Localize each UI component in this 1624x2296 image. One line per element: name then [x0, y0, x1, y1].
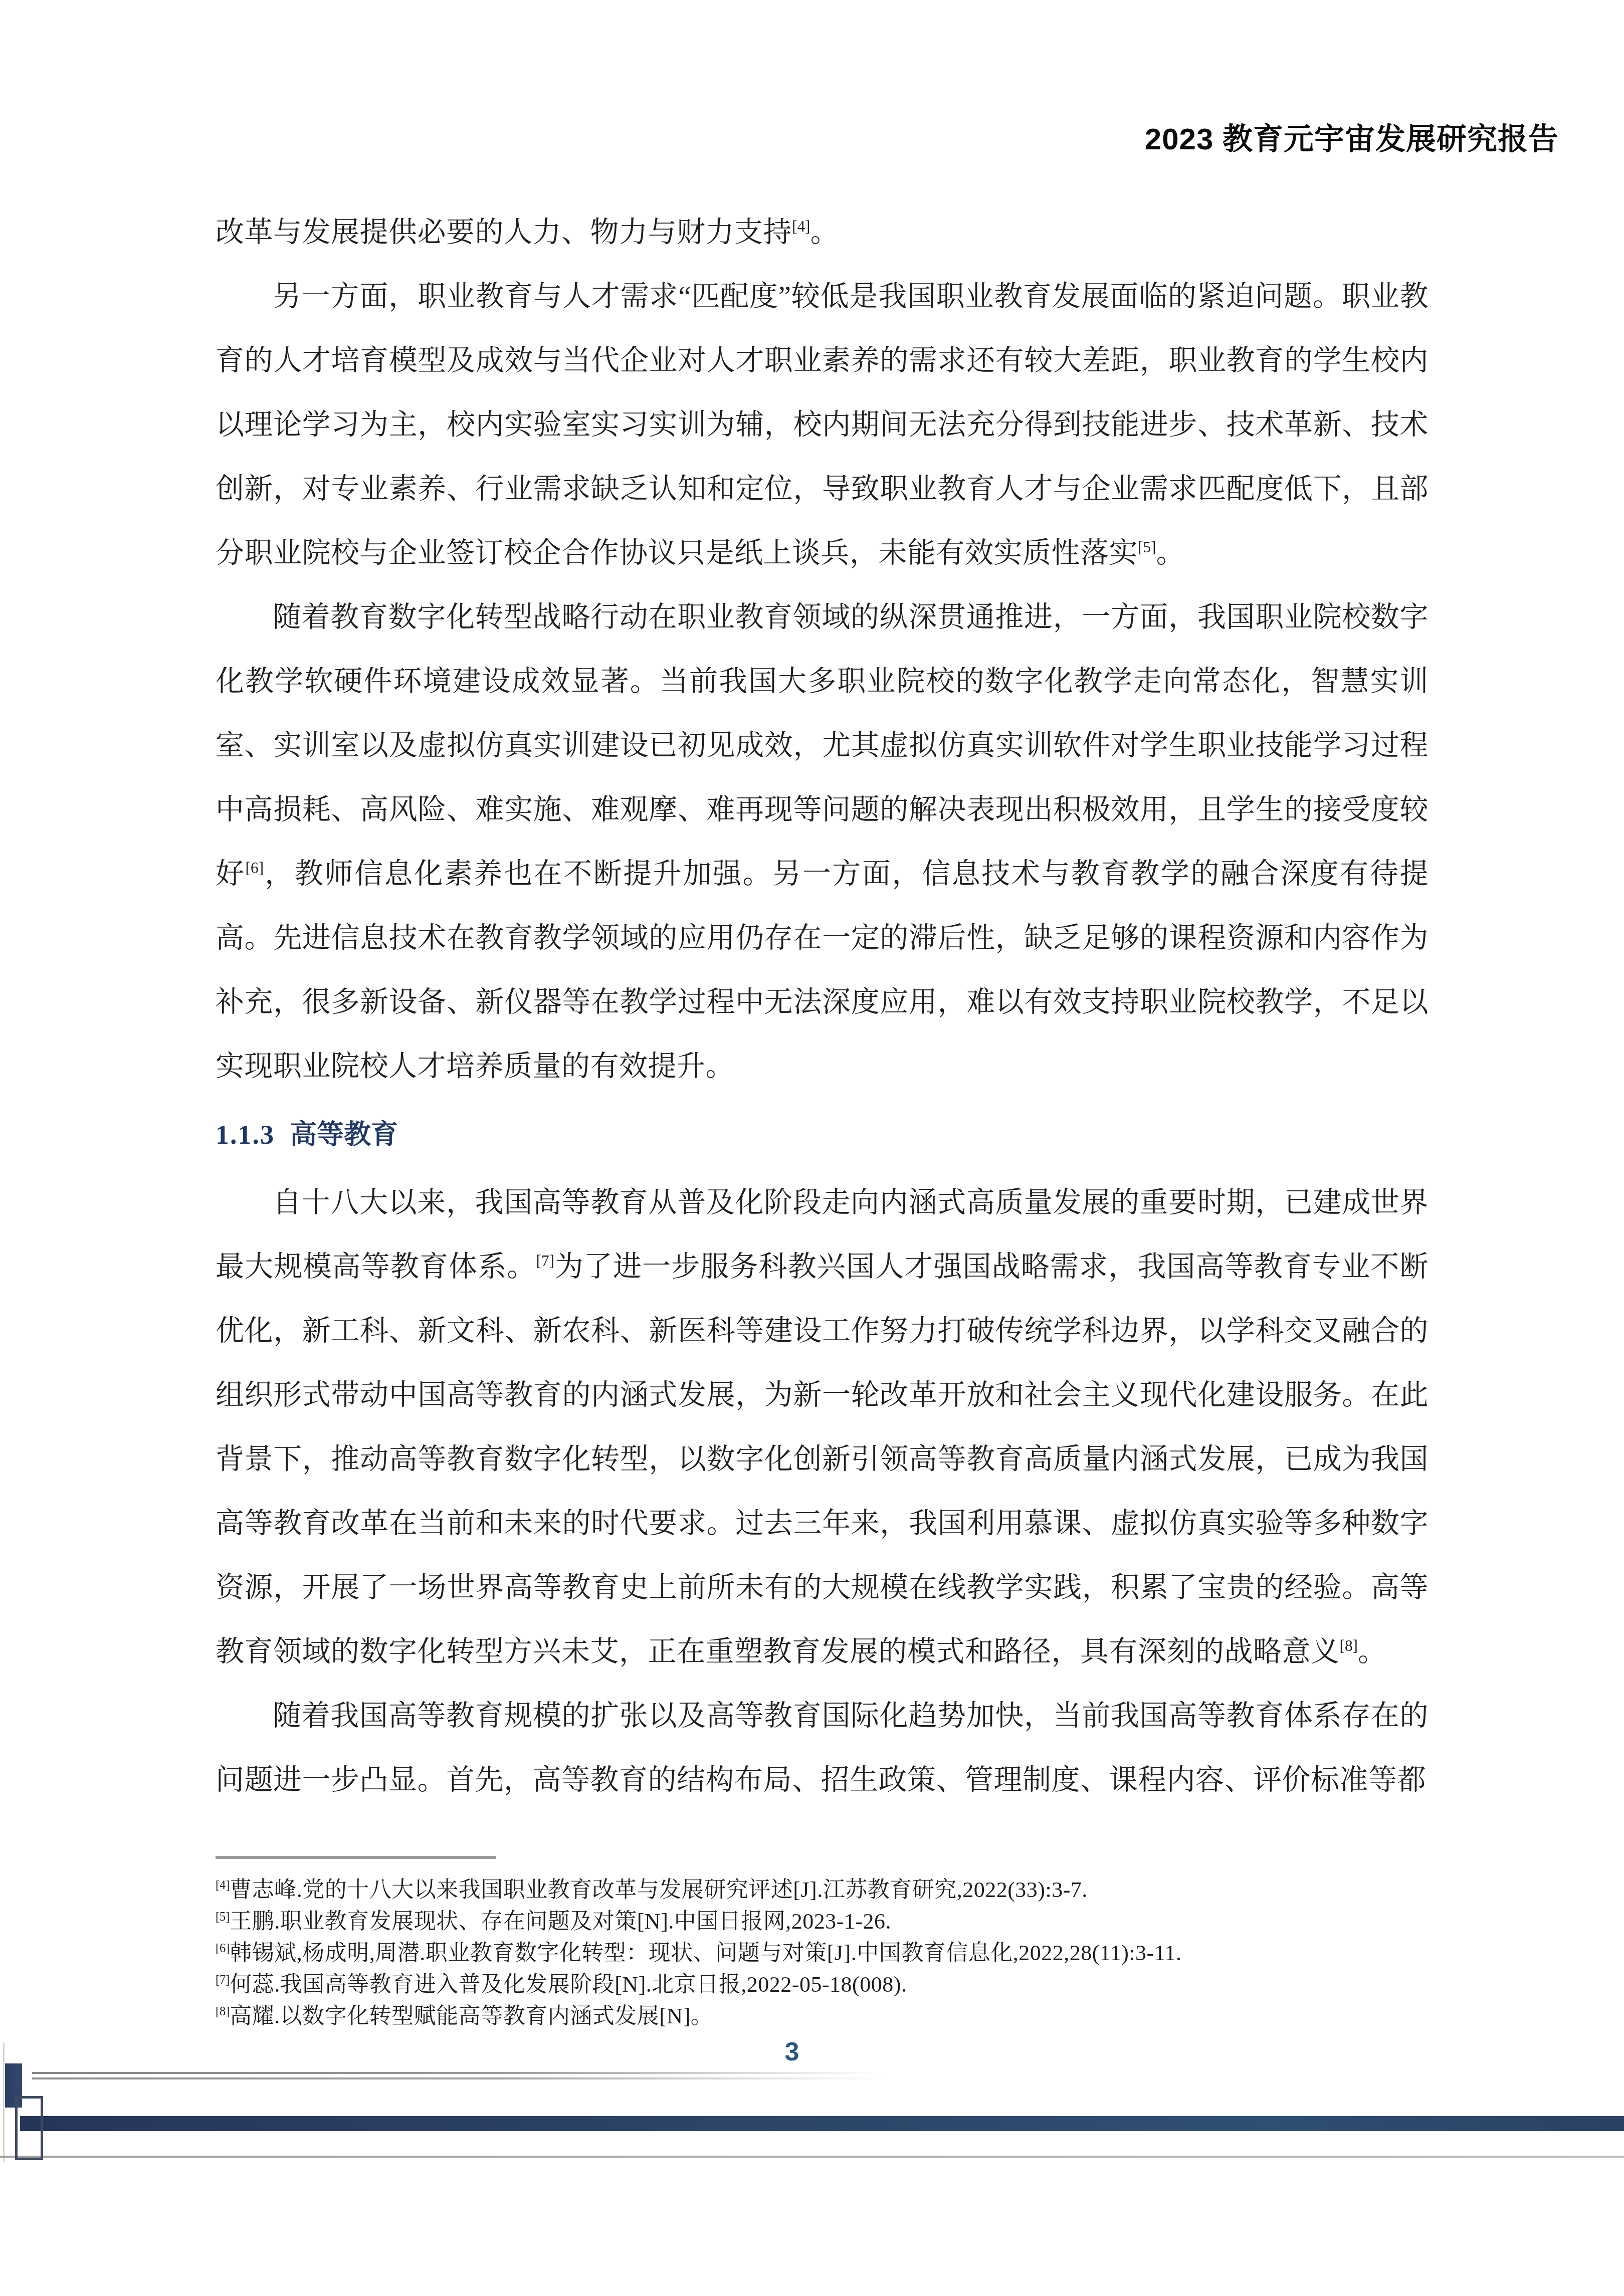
footnote-ref: [5]: [1138, 538, 1156, 556]
body-paragraph: 另一方面，职业教育与人才需求“匹配度”较低是我国职业教育发展面临的紧迫问题。职业…: [216, 265, 1429, 585]
footnote-ref: [4]: [792, 218, 810, 235]
report-page: 2023 教育元宇宙发展研究报告 改革与发展提供必要的人力、物力与财力支持[4]…: [0, 0, 1624, 2296]
body-paragraph: 改革与发展提供必要的人力、物力与财力支持[4]。: [216, 200, 1429, 265]
footnote-ref: [6]: [246, 859, 264, 877]
footnote-separator: [216, 1856, 496, 1859]
page-header-title: 2023 教育元宇宙发展研究报告: [1145, 122, 1559, 156]
footnote-item: [5]王鹏.职业教育发展现状、存在问题及对策[N].中国日报网,2023-1-2…: [216, 1906, 1429, 1937]
footnote-item: [6]韩锡斌,杨成明,周潜.职业教育数字化转型：现状、问题与对策[J].中国教育…: [216, 1937, 1429, 1969]
body-paragraph: 随着教育数字化转型战略行动在职业教育领域的纵深贯通推进，一方面，我国职业院校数字…: [216, 585, 1429, 1099]
footnote-marker: [8]: [216, 2005, 230, 2018]
section-heading: 1.1.3高等教育: [216, 1103, 1429, 1167]
footer-hairline: [32, 2072, 884, 2080]
footnote-item: [4]曹志峰.党的十八大以来我国职业教育改革与发展研究评述[J].江苏教育研究,…: [216, 1874, 1429, 1906]
footnote-item: [7]何蕊.我国高等教育进入普及化发展阶段[N].北京日报,2022-05-18…: [216, 1969, 1429, 2000]
body-paragraph: 随着我国高等教育规模的扩张以及高等教育国际化趋势加快，当前我国高等教育体系存在的…: [216, 1684, 1429, 1812]
footnote-list: [4]曹志峰.党的十八大以来我国职业教育改革与发展研究评述[J].江苏教育研究,…: [216, 1874, 1429, 2032]
section-heading-number: 1.1.3: [216, 1120, 275, 1150]
footnote-marker: [4]: [216, 1878, 230, 1892]
footnote-marker: [7]: [216, 1973, 230, 1987]
body-flow: 改革与发展提供必要的人力、物力与财力支持[4]。另一方面，职业教育与人才需求“匹…: [216, 200, 1429, 1812]
footnote-item: [8]高耀.以数字化转型赋能高等教育内涵式发展[N]。: [216, 2000, 1429, 2032]
footnote-marker: [6]: [216, 1942, 230, 1955]
section-heading-text: 高等教育: [290, 1120, 398, 1150]
footnote-marker: [5]: [216, 1910, 230, 1924]
footer-navy-bar: [20, 2116, 1624, 2131]
footnote-area: [4]曹志峰.党的十八大以来我国职业教育改革与发展研究评述[J].江苏教育研究,…: [216, 1856, 1429, 2032]
footnote-ref: [7]: [536, 1252, 554, 1270]
footer-baseline: [0, 2156, 1624, 2158]
page-number: 3: [667, 2034, 917, 2070]
footer-outline-box: [15, 2096, 43, 2160]
body-paragraph: 自十八大以来，我国高等教育从普及化阶段走向内涵式高质量发展的重要时期，已建成世界…: [216, 1171, 1429, 1684]
footer-left-tick: [3, 2043, 5, 2162]
footnote-ref: [8]: [1340, 1637, 1358, 1654]
